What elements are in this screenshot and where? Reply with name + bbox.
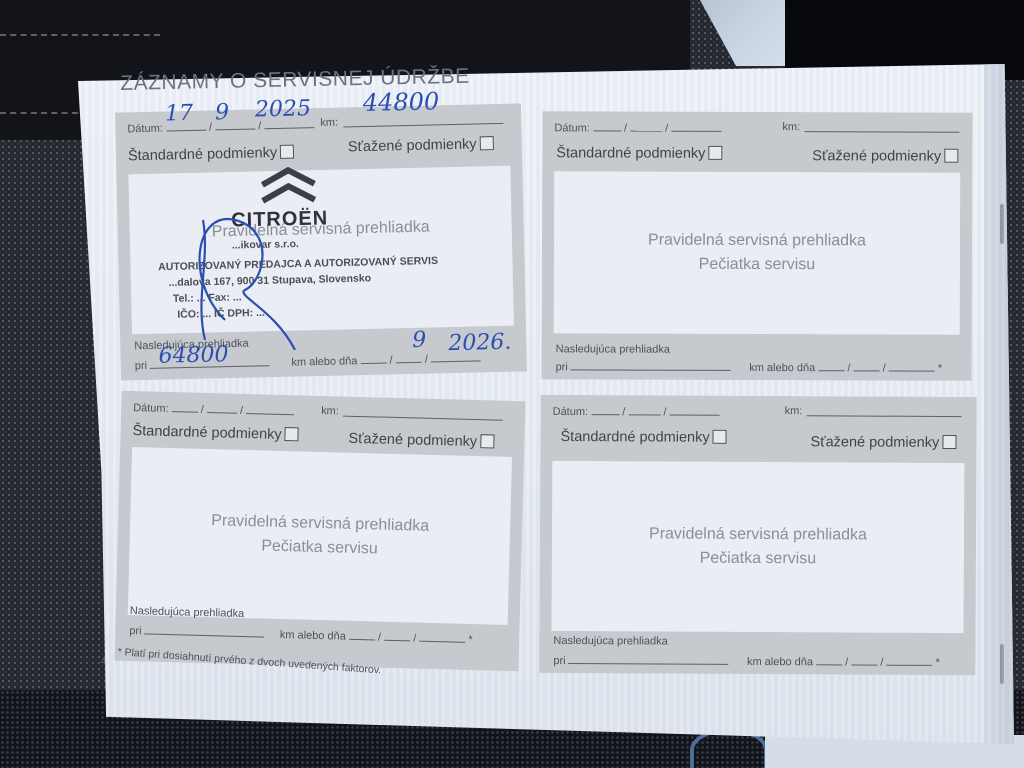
service-record-3: Dátum: / / km: Štandardné podmienky Sťaž… xyxy=(115,391,526,671)
date-year-field[interactable] xyxy=(246,403,294,415)
standard-conditions: Štandardné podmienky xyxy=(560,429,726,446)
next-month-field[interactable] xyxy=(851,654,877,665)
signature xyxy=(165,200,305,350)
next-month-field[interactable] xyxy=(396,352,422,364)
handwritten-next-year: 2026. xyxy=(448,330,512,356)
binding-ring xyxy=(1000,644,1004,684)
stitching xyxy=(0,34,160,36)
next-month-field[interactable] xyxy=(854,360,880,371)
service-record-2: Dátum: / / km: Štandardné podmienky Sťaž… xyxy=(542,111,973,380)
handwritten-day: 17 xyxy=(165,101,194,127)
next-km-field[interactable] xyxy=(569,653,729,665)
severe-conditions: Sťažené podmienky xyxy=(348,431,494,451)
next-day-field[interactable] xyxy=(349,629,375,641)
date-month-field[interactable] xyxy=(628,404,660,415)
date-row: Dátum: / / xyxy=(553,404,720,419)
next-year-field[interactable] xyxy=(419,631,465,643)
stamp-area: Pravidelná servisná prehliadka Pečiatka … xyxy=(551,461,964,633)
severe-conditions-checkbox[interactable] xyxy=(479,136,493,150)
standard-conditions: Štandardné podmienky xyxy=(556,145,722,162)
km-field[interactable] xyxy=(343,406,503,421)
standard-conditions-checkbox[interactable] xyxy=(280,145,294,159)
km-label: km: xyxy=(785,405,803,417)
next-day-field[interactable] xyxy=(360,353,386,365)
handwritten-km: 44800 xyxy=(363,87,440,117)
next-year-field[interactable] xyxy=(886,655,932,666)
km-field[interactable] xyxy=(807,405,962,417)
date-label: Dátum: xyxy=(127,123,163,136)
stamp-area: Pravidelná servisná prehliadka Pečiatka … xyxy=(554,171,961,334)
next-service-label: Nasledujúca prehliadka xyxy=(556,343,670,355)
standard-conditions-checkbox[interactable] xyxy=(284,427,298,441)
next-day-field[interactable] xyxy=(818,360,844,371)
severe-conditions-checkbox[interactable] xyxy=(944,149,958,163)
next-service-row: pri km alebo dňa / / * xyxy=(129,623,473,646)
km-label: km: xyxy=(782,121,800,133)
date-month-field[interactable] xyxy=(207,402,237,414)
standard-conditions: Štandardné podmienky xyxy=(132,423,299,443)
standard-conditions-checkbox[interactable] xyxy=(708,146,722,160)
km-label: km: xyxy=(321,405,339,417)
page-number: 4 xyxy=(101,656,106,666)
date-month-field[interactable] xyxy=(630,121,662,132)
next-km-field[interactable] xyxy=(145,623,265,637)
service-record-4: Dátum: / / km: Štandardné podmienky Sťaž… xyxy=(539,395,976,675)
standard-conditions-checkbox[interactable] xyxy=(713,430,727,444)
next-service-label: Nasledujúca prehliadka xyxy=(553,635,667,648)
severe-conditions-checkbox[interactable] xyxy=(480,434,494,448)
next-service-label: Nasledujúca prehliadka xyxy=(130,605,245,620)
next-year-field[interactable] xyxy=(889,360,935,371)
next-service-row: pri km alebo dňa / / * xyxy=(556,359,943,374)
severe-conditions: Sťažené podmienky xyxy=(348,136,494,155)
next-service-row: pri km alebo dňa / / * xyxy=(553,653,940,669)
handwritten-next-month: 9 xyxy=(412,328,427,353)
next-km-field[interactable] xyxy=(571,359,731,371)
km-field[interactable] xyxy=(804,121,959,133)
binding-ring xyxy=(1000,204,1004,244)
handwritten-month: 9 xyxy=(215,100,230,125)
severe-conditions-checkbox[interactable] xyxy=(942,435,956,449)
km-label: km: xyxy=(320,117,338,129)
handwritten-year: 2025 xyxy=(255,96,312,122)
severe-conditions: Sťažené podmienky xyxy=(812,148,958,165)
date-year-field[interactable] xyxy=(670,405,720,416)
date-day-field[interactable] xyxy=(172,401,198,413)
date-day-field[interactable] xyxy=(593,120,621,131)
severe-conditions: Sťažené podmienky xyxy=(810,434,956,451)
date-year-field[interactable] xyxy=(671,121,721,132)
date-day-field[interactable] xyxy=(591,404,619,415)
date-row: Dátum: / / xyxy=(554,120,721,135)
next-day-field[interactable] xyxy=(816,654,842,665)
date-row: Dátum: / / xyxy=(133,400,294,418)
next-month-field[interactable] xyxy=(384,630,410,642)
standard-conditions: Štandardné podmienky xyxy=(128,145,294,165)
stamp-area: Pravidelná servisná prehliadka Pečiatka … xyxy=(128,447,512,625)
